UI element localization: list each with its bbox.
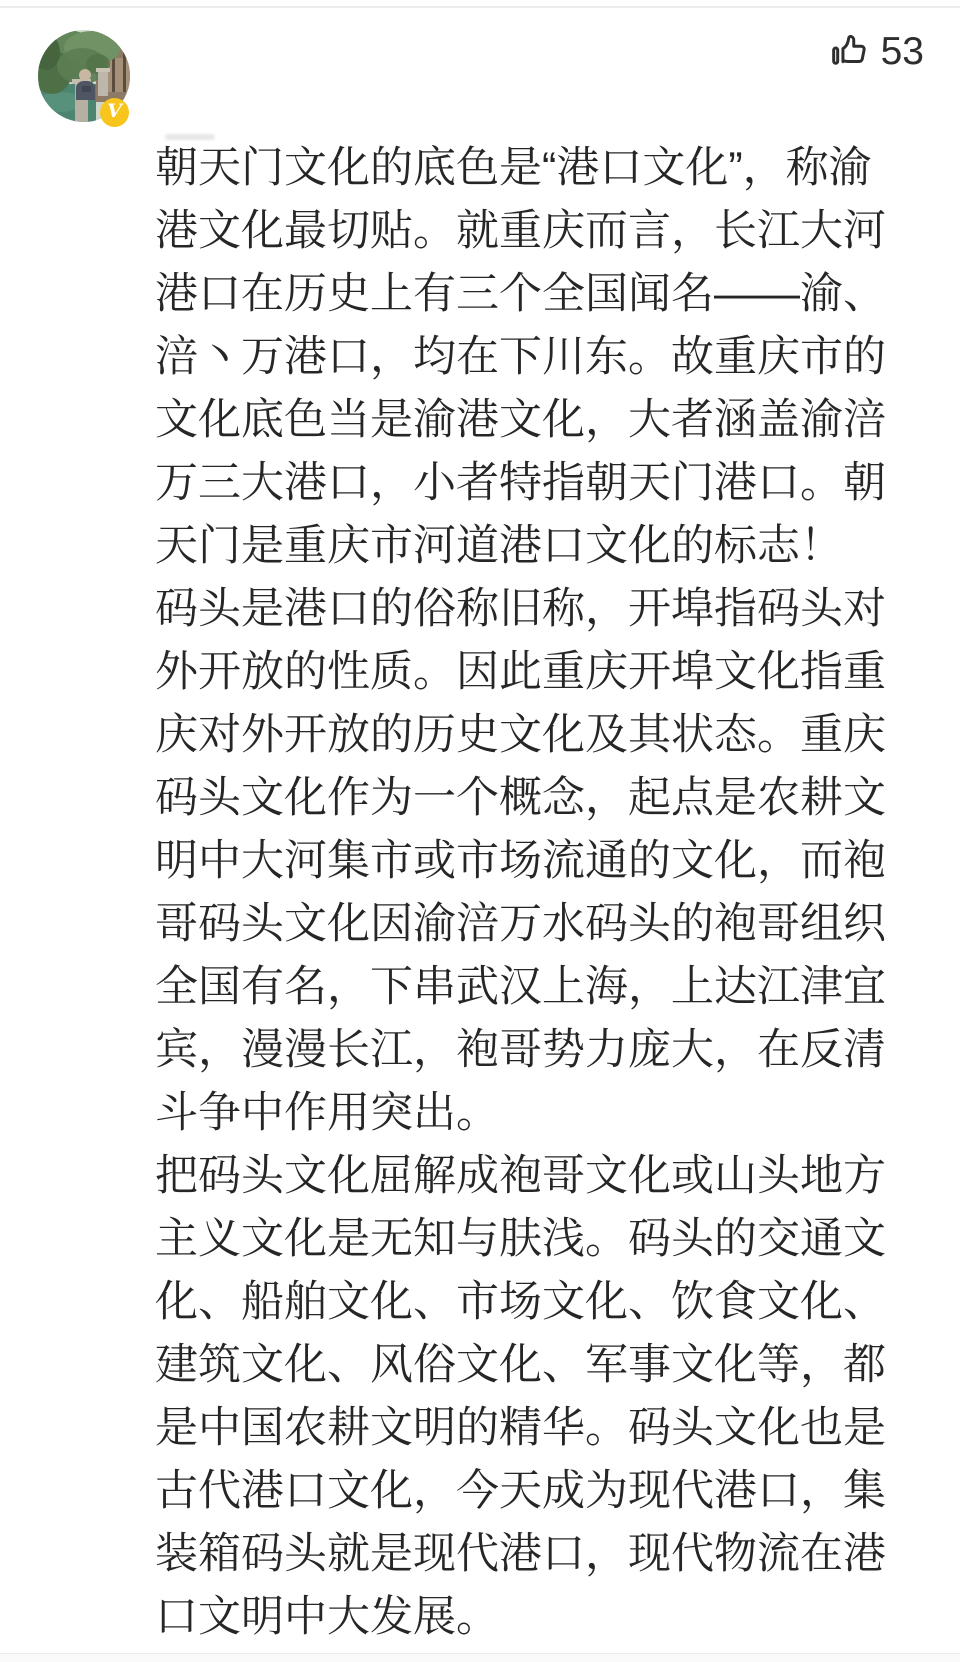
verified-badge: V — [100, 98, 129, 127]
comment-text-line: 宾，漫漫长江，袍哥势力庞大，在反清 — [155, 1019, 895, 1082]
comment-text-line: 外开放的性质。因此重庆开埠文化指重 — [155, 641, 895, 704]
top-divider — [0, 6, 960, 8]
like-button[interactable]: 53 — [830, 28, 924, 74]
comment-text-line: 文化底色当是渝港文化，大者涵盖渝涪 — [155, 389, 895, 452]
comment-text-line: 码头文化作为一个概念，起点是农耕文 — [155, 767, 895, 830]
thumbs-up-icon — [830, 30, 872, 72]
comment-text-line: 万三大港口，小者特指朝天门港口。朝 — [155, 452, 895, 515]
comment-text-line: 朝天门文化的底色是“港口文化”，称渝 — [155, 137, 895, 200]
bottom-strip — [0, 1654, 960, 1662]
comment-text-line: 古代港口文化，今天成为现代港口，集 — [155, 1460, 895, 1523]
comment-text-line: 全国有名，下串武汉上海，上达江津宜 — [155, 956, 895, 1019]
comment-text-line: 化、船舶文化、市场文化、饮食文化、 — [155, 1271, 895, 1334]
comment-text-line: 港口在历史上有三个全国闻名——渝、 — [155, 263, 895, 326]
comment-text-line: 庆对外开放的历史文化及其状态。重庆 — [155, 704, 895, 767]
like-count: 53 — [881, 32, 924, 71]
comment-text-line: 码头是港口的俗称旧称，开埠指码头对 — [155, 578, 895, 641]
avatar[interactable]: V — [38, 30, 130, 122]
comment-screen: V 53 朝天门文化的底色是“港口文化”，称渝港文化最切贴。就重庆而言，长江大河… — [0, 0, 960, 1662]
comment-text-line: 主义文化是无知与肤浅。码头的交通文 — [155, 1208, 895, 1271]
comment-text-line: 斗争中作用突出。 — [155, 1082, 895, 1145]
comment-text-line: 口文明中大发展。 — [155, 1586, 895, 1649]
comment-text-line: 港文化最切贴。就重庆而言，长江大河 — [155, 200, 895, 263]
comment-text-line: 哥码头文化因渝涪万水码头的袍哥组织 — [155, 893, 895, 956]
comment-text-line: 建筑文化、风俗文化、军事文化等，都 — [155, 1334, 895, 1397]
comment-text-line: 把码头文化屈解成袍哥文化或山头地方 — [155, 1145, 895, 1208]
comment-text-line: 明中大河集市或市场流通的文化，而袍 — [155, 830, 895, 893]
comment-text-line: 天门是重庆市河道港口文化的标志！ — [155, 515, 895, 578]
comment-text[interactable]: 朝天门文化的底色是“港口文化”，称渝港文化最切贴。就重庆而言，长江大河港口在历史… — [155, 137, 895, 1649]
comment-text-line: 涪丶万港口，均在下川东。故重庆市的 — [155, 326, 895, 389]
comment-text-line: 装箱码头就是现代港口，现代物流在港 — [155, 1523, 895, 1586]
comment-text-line: 是中国农耕文明的精华。码头文化也是 — [155, 1397, 895, 1460]
